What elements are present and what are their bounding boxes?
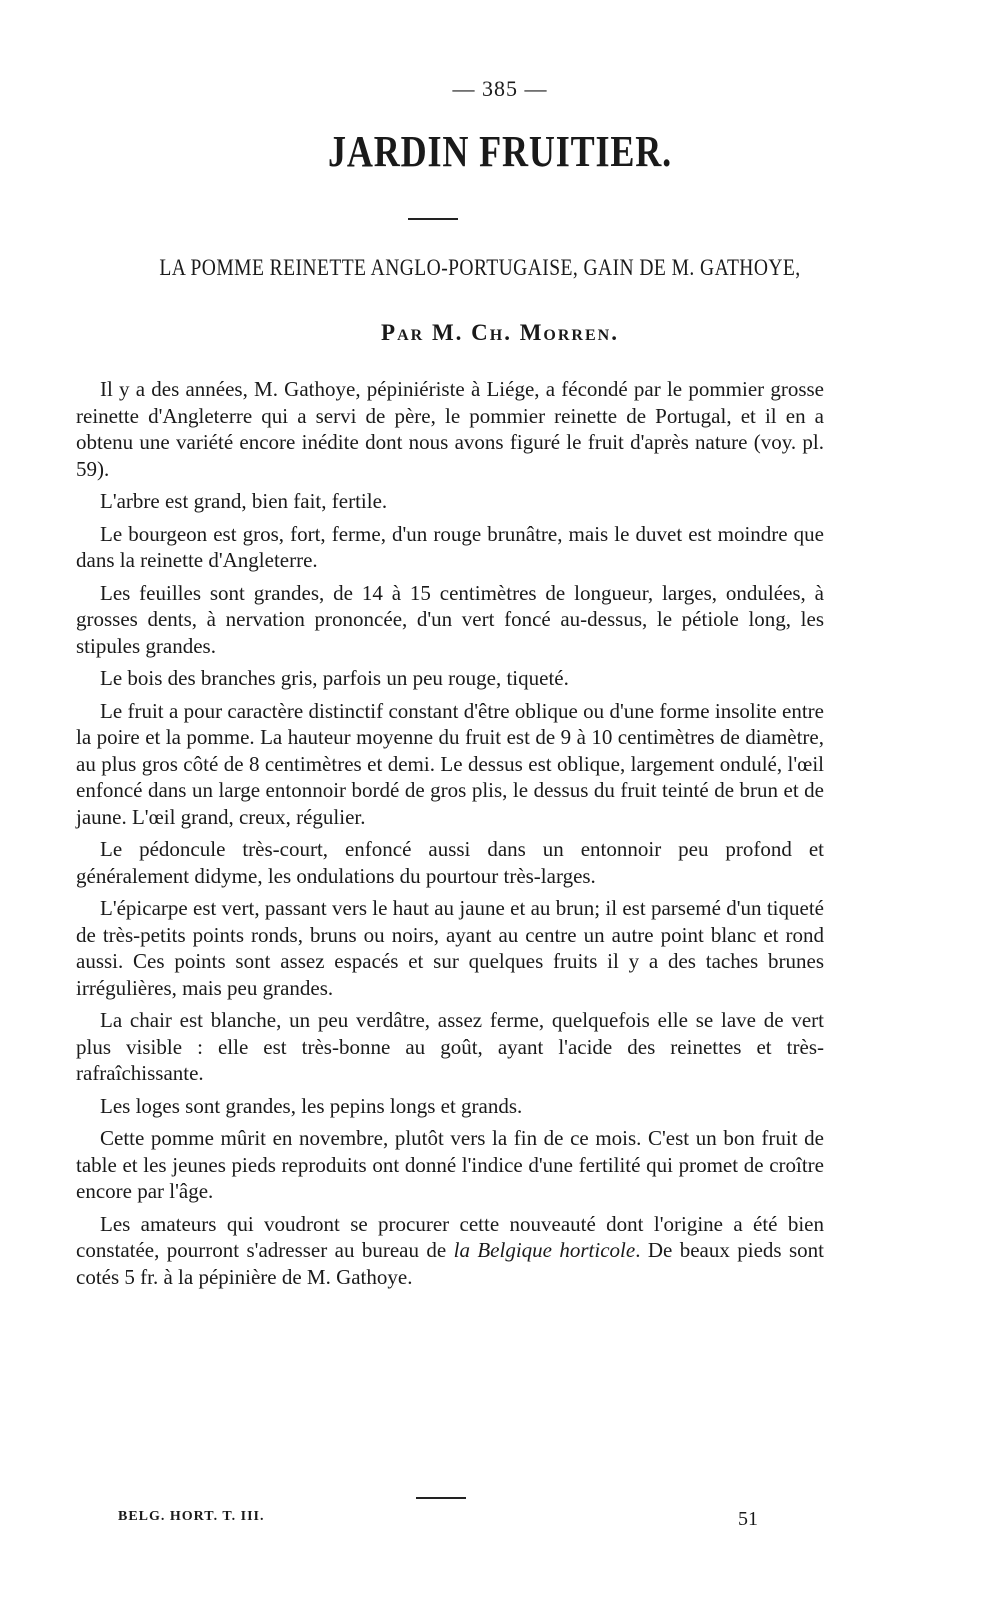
paragraph-last: Les amateurs qui voudront se procurer ce… — [76, 1211, 824, 1291]
paragraph: Il y a des années, M. Gathoye, pépiniéri… — [76, 376, 824, 482]
paragraph: Les loges sont grandes, les pepins longs… — [76, 1093, 824, 1120]
section-title: JARDIN FRUITIER. — [90, 126, 910, 177]
page-number: — 385 — — [0, 76, 1000, 102]
end-rule — [416, 1497, 466, 1499]
article-title: LA POMME REINETTE ANGLO-PORTUGAISE, GAIN… — [140, 255, 820, 281]
journal-name: la Belgique horticole — [454, 1238, 636, 1262]
paragraph: L'épicarpe est vert, passant vers le hau… — [76, 895, 824, 1001]
article-body: Il y a des années, M. Gathoye, pépiniéri… — [76, 376, 824, 1296]
paragraph: La chair est blanche, un peu verdâtre, a… — [76, 1007, 824, 1087]
byline: Par M. Ch. Morren. — [0, 320, 1000, 346]
paragraph: Le bourgeon est gros, fort, ferme, d'un … — [76, 521, 824, 574]
title-rule — [408, 218, 458, 220]
paragraph: Le pédoncule très-court, enfoncé aussi d… — [76, 836, 824, 889]
paragraph: L'arbre est grand, bien fait, fertile. — [76, 488, 824, 515]
paragraph: Le fruit a pour caractère distinctif con… — [76, 698, 824, 831]
paragraph: Les feuilles sont grandes, de 14 à 15 ce… — [76, 580, 824, 660]
footer-signature: BELG. HORT. T. III. — [118, 1509, 265, 1525]
paragraph: Cette pomme mûrit en novembre, plutôt ve… — [76, 1125, 824, 1205]
paragraph: Le bois des branches gris, parfois un pe… — [76, 665, 824, 692]
footer-sheet-number: 51 — [738, 1508, 758, 1531]
